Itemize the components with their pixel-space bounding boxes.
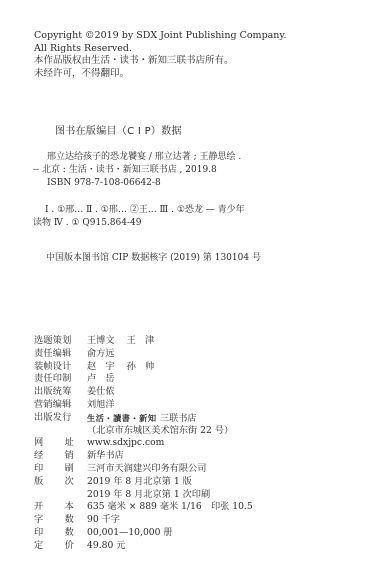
credit-row: （北京市东城区美术馆东街 22 号）: [34, 425, 253, 438]
credit-label: 出版发行: [34, 412, 82, 425]
credit-row: 营销编辑刘旭洋: [34, 399, 253, 412]
credit-label: [34, 425, 82, 438]
credit-label-char: 字: [34, 514, 43, 527]
rights-line: All Rights Reserved.: [34, 43, 287, 56]
ownership-line: 本作品版权由生活・读书・新知三联书店所有。: [34, 55, 287, 68]
credit-row: 2019 年 8 月北京第 1 次印刷: [34, 489, 253, 502]
credit-label: 经销: [34, 450, 74, 463]
credit-value-text: 刘旭洋: [87, 399, 115, 410]
credit-label: 开本: [34, 501, 74, 514]
credit-row: 字数90 千字: [34, 514, 253, 527]
credit-row: 定价49.80 元: [34, 540, 253, 553]
credit-label: 装帧设计: [34, 361, 82, 374]
credit-label-char: 刷: [65, 463, 74, 476]
credit-value: （北京市东城区美术馆东街 22 号）: [82, 425, 233, 438]
credit-label: 印刷: [34, 463, 74, 476]
credit-label-char: 版: [34, 476, 43, 489]
credit-row: 经销新华书店: [34, 450, 253, 463]
credit-label: 版次: [34, 476, 74, 489]
credit-row: 选题策划王博文 王 津: [34, 335, 253, 348]
credit-row: 装帧设计赵 宇 孙 帅: [34, 361, 253, 374]
credit-value-text: 俞方远: [87, 348, 115, 359]
credit-label: 营销编辑: [34, 399, 82, 412]
credit-row: 版次2019 年 8 月北京第 1 版: [34, 476, 253, 489]
credit-label-char: 印: [34, 463, 43, 476]
credit-value: 赵 宇 孙 帅: [82, 361, 154, 374]
credit-value: 姜仕侬: [82, 386, 115, 399]
copyright-notice: Copyright ©2019 by SDX Joint Publishing …: [34, 30, 287, 80]
credit-label: 责任编辑: [34, 348, 82, 361]
credit-value-text: 2019 年 8 月北京第 1 次印刷: [87, 489, 210, 500]
credit-row: 印刷三河市天润建兴印务有限公司: [34, 463, 253, 476]
credit-label-char: 开: [34, 501, 43, 514]
credit-label-char: 印: [34, 527, 43, 540]
credit-value: 00,001—10,000 册: [82, 527, 173, 540]
credit-label: 选题策划: [34, 335, 82, 348]
copyright-line: Copyright ©2019 by SDX Joint Publishing …: [34, 30, 287, 43]
credit-value-text: （北京市东城区美术馆东街 22 号）: [87, 425, 233, 436]
credit-value: 生活・讀書・新知 三联书店: [82, 412, 197, 425]
credit-value-text: 姜仕侬: [87, 386, 115, 397]
credit-value-text: 三河市天润建兴印务有限公司: [87, 463, 206, 474]
credit-value: 王博文 王 津: [82, 335, 154, 348]
credit-label-char: 定: [34, 540, 43, 553]
cip-title-line: 邢立达给孩子的恐龙饕宴 / 邢立达著 ; 王静思绘 .: [45, 151, 241, 164]
credit-label-char: 价: [65, 540, 74, 553]
credit-label: 印数: [34, 527, 74, 540]
credit-label-char: 数: [65, 514, 74, 527]
credit-value: 49.80 元: [82, 540, 125, 553]
cip-publisher-line: -- 北京 : 生活・读书・新知三联书店 , 2019.8: [33, 164, 241, 177]
credit-value-text: 三联书店: [160, 413, 197, 424]
credit-value: 90 千字: [82, 514, 120, 527]
credit-row: 责任编辑俞方远: [34, 348, 253, 361]
cip-class-line-1: Ⅰ . ①邢… Ⅱ . ①邢… ②王… Ⅲ . ①恐龙 — 青少年: [45, 204, 245, 217]
credit-value-text: 赵 宇 孙 帅: [87, 361, 154, 372]
credit-label: 责任印制: [34, 373, 82, 386]
cip-class-line-2: 读物 Ⅳ . ① Q915.864-49: [33, 217, 245, 230]
credit-label-char: 数: [65, 527, 74, 540]
no-reprint-line: 未经许可，不得翻印。: [34, 68, 287, 81]
credit-value: 刘旭洋: [82, 399, 115, 412]
credit-label-char: 本: [65, 501, 74, 514]
cip-classification: Ⅰ . ①邢… Ⅱ . ①邢… ②王… Ⅲ . ①恐龙 — 青少年 读物 Ⅳ .…: [45, 204, 245, 230]
credit-label: 定价: [34, 540, 74, 553]
credit-value-text: www.sdxjpc.com: [87, 437, 164, 448]
cip-record: 邢立达给孩子的恐龙饕宴 / 邢立达著 ; 王静思绘 . -- 北京 : 生活・读…: [45, 151, 241, 189]
credit-value: 三河市天润建兴印务有限公司: [82, 463, 206, 476]
credit-value-text: 49.80 元: [87, 540, 125, 551]
credit-label: 出版统筹: [34, 386, 82, 399]
cip-number: 中国版本图书馆 CIP 数据核字 (2019) 第 130104 号: [46, 250, 261, 263]
credit-value-text: 00,001—10,000 册: [87, 527, 173, 538]
credit-value-text: 卢 岳: [87, 373, 115, 384]
credit-value: 俞方远: [82, 348, 115, 361]
credit-value-text: 2019 年 8 月北京第 1 版: [87, 476, 192, 487]
credit-row: 出版统筹姜仕侬: [34, 386, 253, 399]
credit-label-char: 经: [34, 450, 43, 463]
credit-value[interactable]: www.sdxjpc.com: [82, 437, 164, 450]
credit-label-char: 址: [65, 437, 74, 450]
credit-label-char: 销: [65, 450, 74, 463]
credit-label: 字数: [34, 514, 74, 527]
credit-value: 635 毫米 × 889 毫米 1/16 印张 10.5: [82, 501, 253, 514]
credits-list: 选题策划王博文 王 津责任编辑俞方远装帧设计赵 宇 孙 帅责任印制卢 岳出版统筹…: [34, 335, 253, 553]
credit-row: 网址www.sdxjpc.com: [34, 437, 253, 450]
credit-label-char: 网: [34, 437, 43, 450]
credit-label: [34, 489, 82, 502]
credit-label: 网址: [34, 437, 74, 450]
credit-row: 印数00,001—10,000 册: [34, 527, 253, 540]
credit-label-char: 次: [65, 476, 74, 489]
credit-value-text: 90 千字: [87, 514, 120, 525]
publisher-brand-logo: 生活・讀書・新知: [87, 413, 160, 423]
credit-row: 开本635 毫米 × 889 毫米 1/16 印张 10.5: [34, 501, 253, 514]
credit-value: 新华书店: [82, 450, 124, 463]
credit-value: 2019 年 8 月北京第 1 版: [82, 476, 192, 489]
credit-value-text: 635 毫米 × 889 毫米 1/16 印张 10.5: [87, 501, 253, 512]
credit-row: 责任印制卢 岳: [34, 373, 253, 386]
cip-title: 图书在版编目（C I P）数据: [55, 122, 182, 137]
credit-value-text: 王博文 王 津: [87, 335, 154, 346]
credit-value-text: 新华书店: [87, 450, 124, 461]
credit-row: 出版发行生活・讀書・新知 三联书店: [34, 412, 253, 425]
credit-value: 卢 岳: [82, 373, 115, 386]
credit-value: 2019 年 8 月北京第 1 次印刷: [82, 489, 210, 502]
cip-isbn: ISBN 978-7-108-06642-8: [45, 177, 241, 190]
